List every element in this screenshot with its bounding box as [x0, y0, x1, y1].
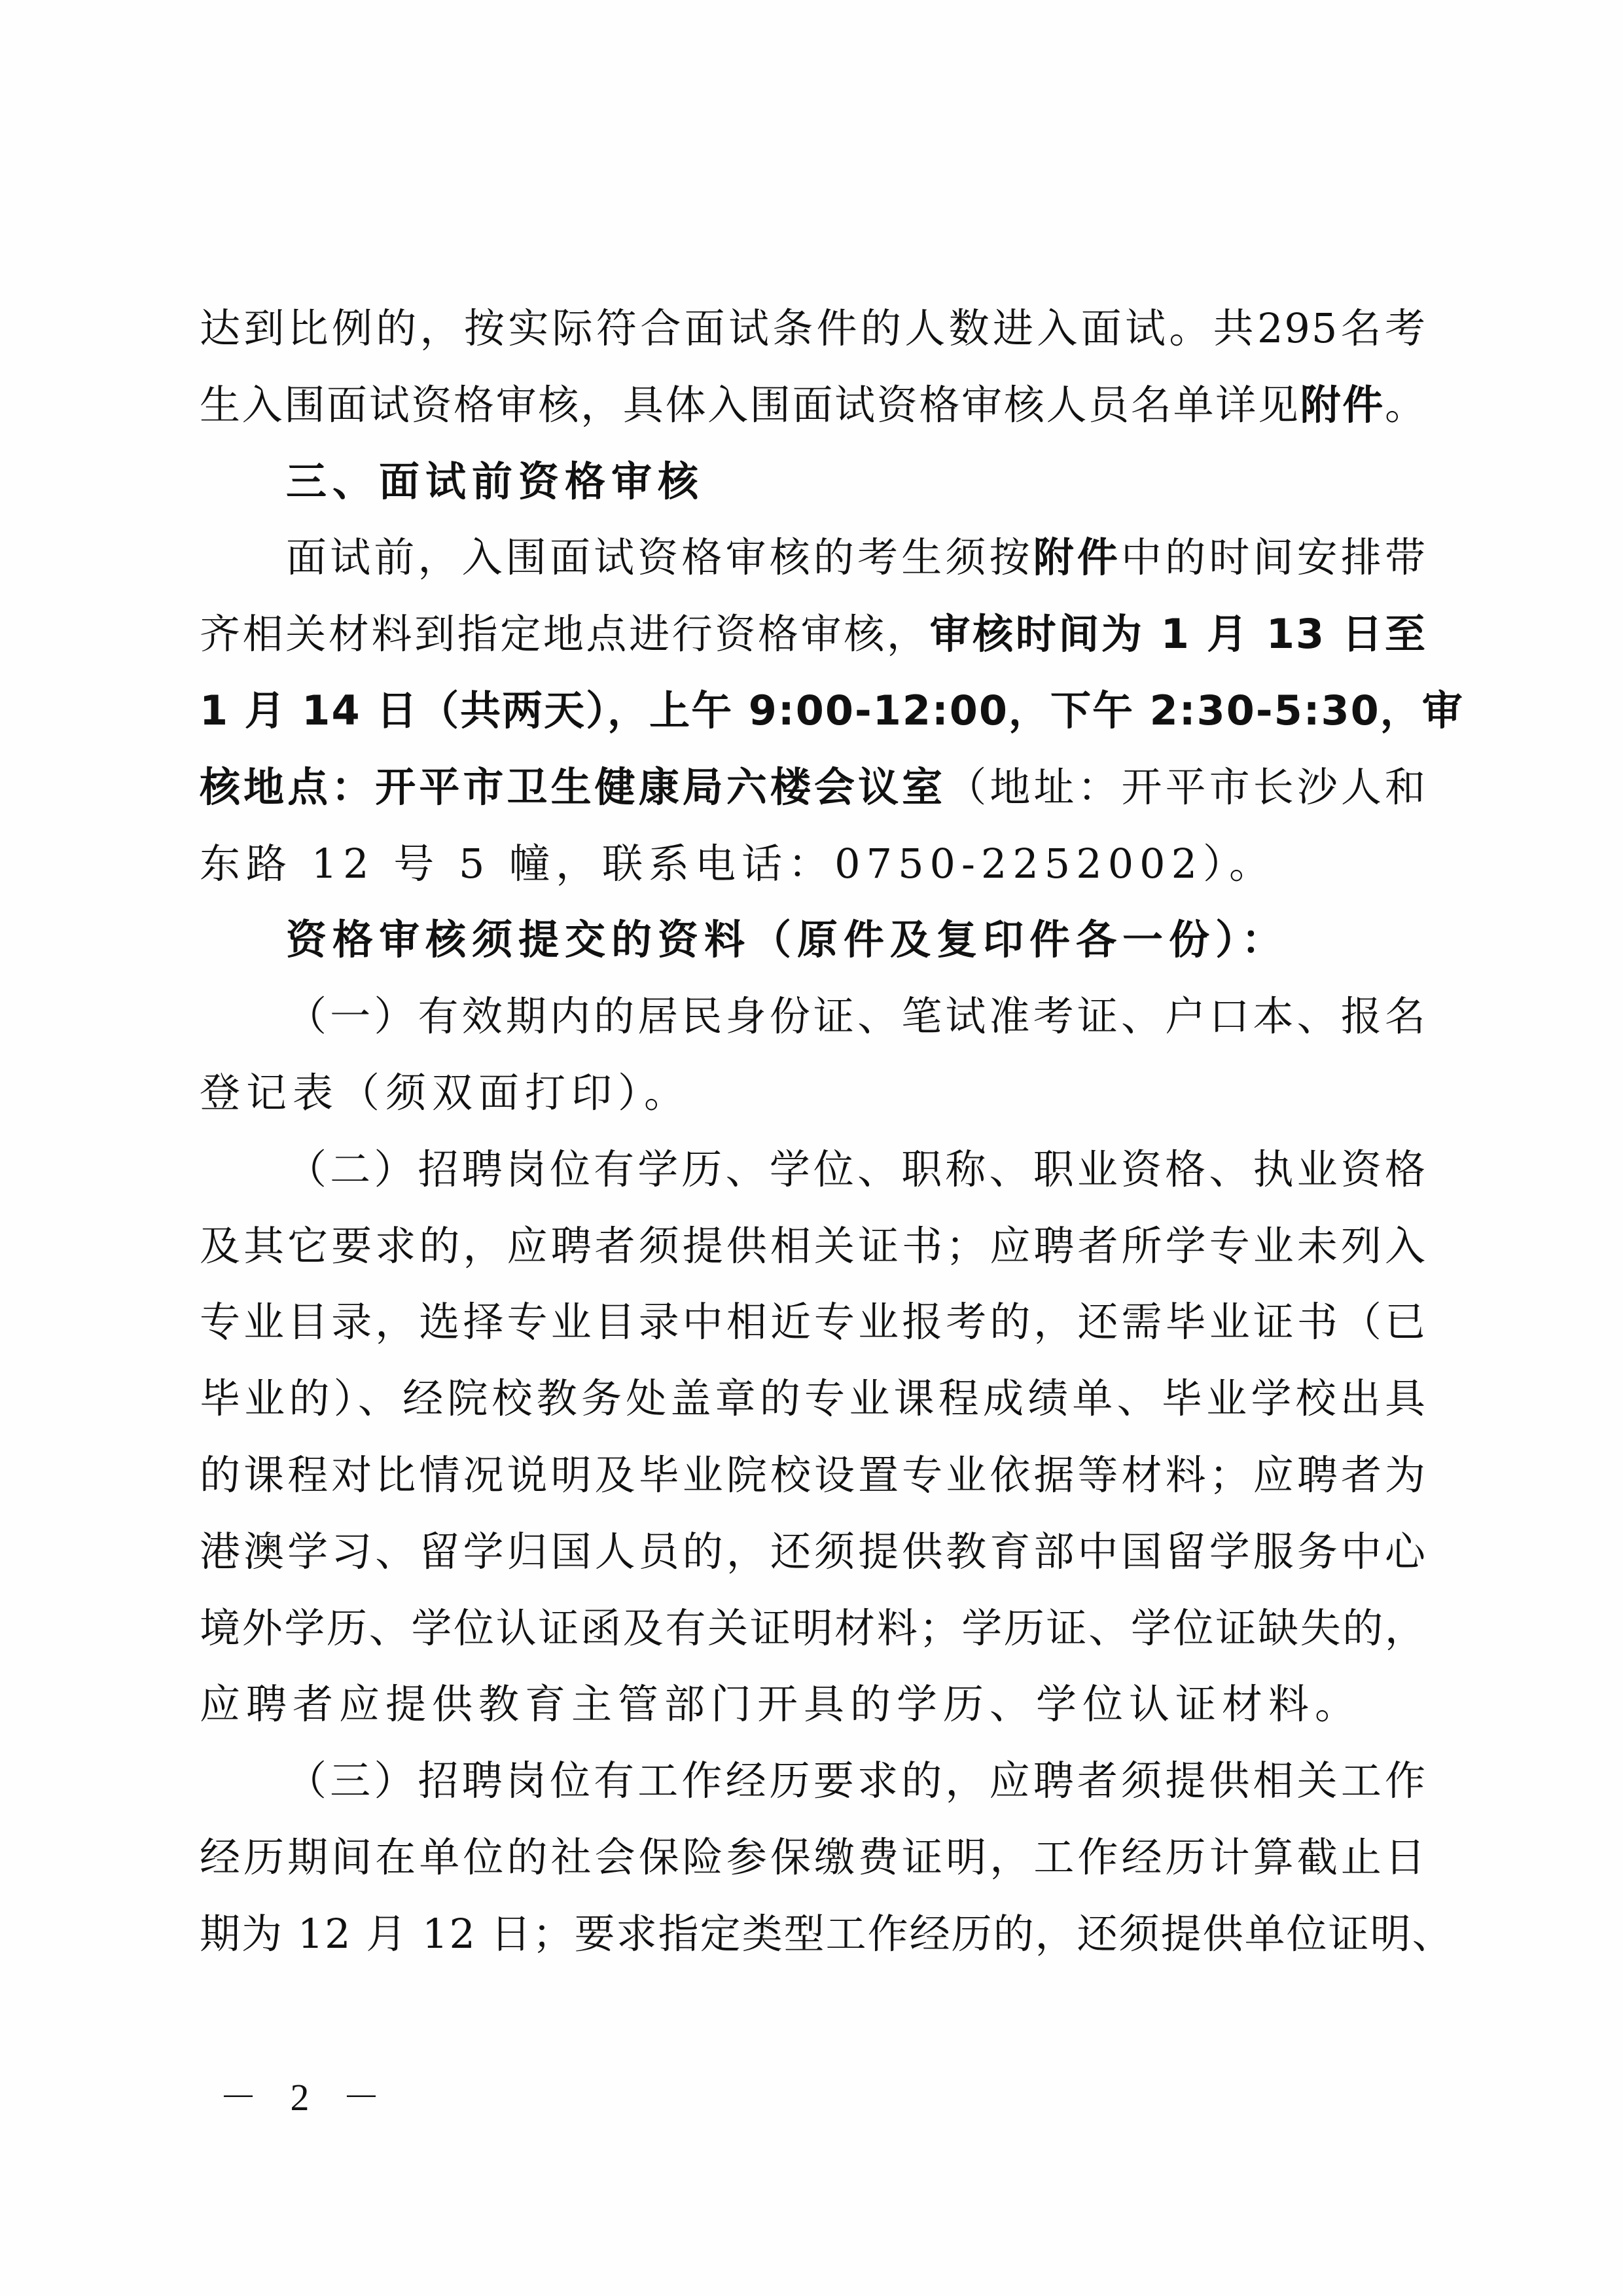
section-heading: 三、面试前资格审核	[286, 456, 1427, 508]
body-text: （地址：开平市长沙人和	[946, 763, 1427, 811]
body-text: 应聘者应提供教育主管部门开具的学历、学位认证材料。	[200, 1680, 1361, 1728]
body-text: 期为 12 月 12 日；要求指定类型工作经历的，还须提供单位证明、	[200, 1910, 1454, 1958]
text-line: 齐相关材料到指定地点进行资格审核，审核时间为 1 月 13 日至	[200, 608, 1427, 660]
text-line: 1 月 14 日（共两天），上午 9:00-12:00，下午 2:30-5:30…	[200, 685, 1427, 737]
body-text: 面试前，入围面试资格审核的考生须按	[286, 533, 1033, 581]
body-text: （三）招聘岗位有工作经历要求的，应聘者须提供相关工作	[286, 1757, 1427, 1804]
body-text: 毕业的）、经院校教务处盖章的专业课程成绩单、毕业学校出具	[200, 1374, 1427, 1422]
body-text: （一）有效期内的居民身份证、笔试准考证、户口本、报名	[286, 992, 1427, 1040]
emphasis-text: 附件	[1033, 533, 1121, 581]
text-line: 面试前，入围面试资格审核的考生须按附件中的时间安排带	[286, 531, 1427, 584]
body-text: 境外学历、学位认证函及有关证明材料；学历证、学位证缺失的，	[200, 1604, 1427, 1652]
text-line: 达到比例的，按实际符合面试条件的人数进入面试。共295名考	[200, 302, 1427, 355]
body-text: 专业目录，选择专业目录中相近专业报考的，还需毕业证书（已	[200, 1298, 1427, 1346]
body-text: 中的时间安排带	[1121, 533, 1427, 581]
text-line: 专业目录，选择专业目录中相近专业报考的，还需毕业证书（已	[200, 1296, 1427, 1348]
body-text: 达到比例的，按实际符合面试条件的人数进入面试。共295名考	[200, 304, 1427, 352]
body-text: 经历期间在单位的社会保险参保缴费证明，工作经历计算截止日	[200, 1833, 1427, 1881]
text-line: 生入围面试资格审核，具体入围面试资格审核人员名单详见附件。	[200, 379, 1427, 431]
body-text: 港澳学习、留学归国人员的，还须提供教育部中国留学服务中心	[200, 1528, 1427, 1575]
text-line: 经历期间在单位的社会保险参保缴费证明，工作经历计算截止日	[200, 1831, 1427, 1884]
body-text: 及其它要求的，应聘者须提供相关证书；应聘者所学专业未列入	[200, 1222, 1427, 1270]
emphasis-text: 核地点：开平市卫生健康局六楼会议室	[200, 763, 946, 811]
emphasis-text: 审核时间为 1 月 13 日至	[929, 610, 1427, 658]
emphasis-text: 1 月 14 日（共两天），上午 9:00-12:00，下午 2:30-5:30…	[200, 687, 1464, 734]
emphasis-text: 附件	[1300, 381, 1385, 429]
text-line: 的课程对比情况说明及毕业院校设置专业依据等材料；应聘者为	[200, 1449, 1427, 1501]
emphasis-text: 资格审核须提交的资料（原件及复印件各一份）：	[286, 916, 1288, 963]
page-number: － 2 －	[219, 2078, 392, 2117]
body-text: 东路 12 号 5 幢，联系电话：0750-2252002）。	[200, 840, 1275, 888]
text-line: 登记表（须双面打印）。	[200, 1067, 1427, 1119]
body-text: 的课程对比情况说明及毕业院校设置专业依据等材料；应聘者为	[200, 1451, 1427, 1499]
text-line: 及其它要求的，应聘者须提供相关证书；应聘者所学专业未列入	[200, 1220, 1427, 1272]
text-line: 应聘者应提供教育主管部门开具的学历、学位认证材料。	[200, 1678, 1427, 1731]
text-line: 东路 12 号 5 幢，联系电话：0750-2252002）。	[200, 838, 1427, 890]
text-line: 境外学历、学位认证函及有关证明材料；学历证、学位证缺失的，	[200, 1602, 1427, 1655]
text-line: （一）有效期内的居民身份证、笔试准考证、户口本、报名	[286, 990, 1427, 1043]
text-line: （三）招聘岗位有工作经历要求的，应聘者须提供相关工作	[286, 1755, 1427, 1807]
text-line: 港澳学习、留学归国人员的，还须提供教育部中国留学服务中心	[200, 1526, 1427, 1578]
body-text: 齐相关材料到指定地点进行资格审核，	[200, 610, 929, 658]
body-text: （二）招聘岗位有学历、学位、职称、职业资格、执业资格	[286, 1145, 1427, 1193]
body-text: 生入围面试资格审核，具体入围面试资格审核人员名单详见	[200, 381, 1300, 429]
text-line: （二）招聘岗位有学历、学位、职称、职业资格、执业资格	[286, 1143, 1427, 1196]
text-line: 期为 12 月 12 日；要求指定类型工作经历的，还须提供单位证明、	[200, 1908, 1427, 1960]
text-line: 资格审核须提交的资料（原件及复印件各一份）：	[286, 914, 1427, 966]
emphasis-text: 三、面试前资格审核	[286, 457, 704, 505]
body-text: 登记表（须双面打印）。	[200, 1069, 690, 1117]
body-text: 。	[1385, 381, 1427, 429]
text-line: 毕业的）、经院校教务处盖章的专业课程成绩单、毕业学校出具	[200, 1372, 1427, 1425]
text-line: 核地点：开平市卫生健康局六楼会议室（地址：开平市长沙人和	[200, 761, 1427, 814]
document-page: 达到比例的，按实际符合面试条件的人数进入面试。共295名考生入围面试资格审核，具…	[0, 0, 1623, 2296]
